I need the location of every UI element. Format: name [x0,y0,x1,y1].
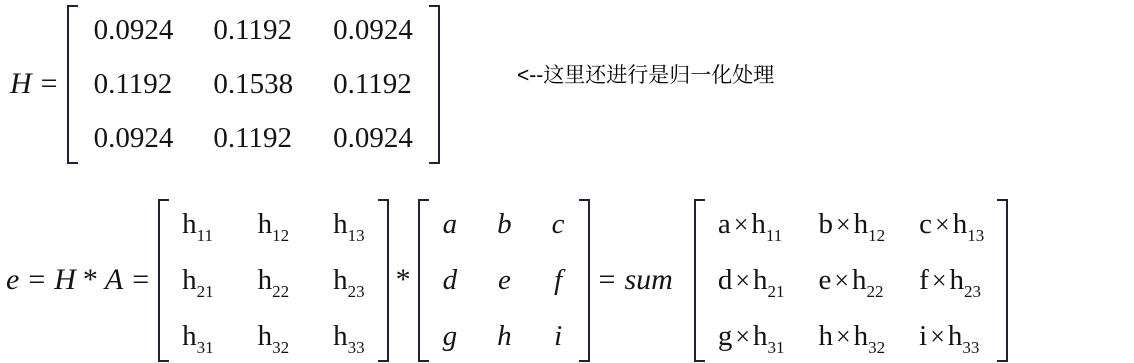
matrix-cell: h31 [182,319,214,354]
matrix-cell: h21 [182,263,214,298]
a-symbol: A [105,265,123,295]
matrix-cell: 0.1192 [213,121,292,156]
right-bracket [997,199,1008,362]
matrix-cell: h23 [333,263,365,298]
matrix-cell: f×h23 [919,263,981,298]
matrix-cell: 0.0924 [94,13,174,48]
matrix-cell: 0.0924 [333,121,413,156]
matrix-cell: e×h22 [818,263,883,298]
matrix-cell: b×h12 [818,207,885,242]
matrix-cell: a×h11 [718,207,782,242]
right-bracket [579,199,590,362]
matrix-cell: 0.0924 [94,121,174,156]
matrix-cell: h [497,319,512,354]
matrix-cell: h12 [258,207,290,242]
matrix-body: h11 h12 h13 h21 h22 h23 h31 h32 h33 [169,199,378,362]
matrix-cell: h33 [333,319,365,354]
equals-sign: = [28,265,45,295]
left-bracket [158,199,169,362]
matrix-cell: 0.1192 [213,13,292,48]
matrix-cell: h32 [258,319,290,354]
matrix-cell: f [554,263,562,298]
matrix-cell: b [497,207,512,242]
h-symbol: H [54,265,76,295]
left-bracket [67,5,78,164]
matrix-cell: i [554,319,562,354]
matrix-cell: 0.1192 [333,67,412,102]
normalization-annotation: <--这里还进行是归一化处理 [517,61,774,90]
asterisk-operator: * [396,265,411,295]
matrix-cell: 0.1538 [213,67,293,102]
matrix-cell: a [443,207,458,242]
equation-convolution-sum: e = H * A = h11 h12 h13 h21 h22 h23 h31 … [6,197,1029,363]
e-symbol: e [6,265,19,295]
equals-sign: = [132,265,149,295]
h-symbol: H [10,69,32,99]
sum-label: sum [624,265,672,295]
matrix-cell: g [443,319,458,354]
matrix-cell: e [498,263,511,298]
equals-sign: = [599,265,616,295]
equation-h-definition: H = 0.0924 0.1192 0.0924 0.1192 0.1538 0… [10,4,440,164]
matrix-cell: g×h31 [718,319,785,354]
matrix-cell: i×h33 [919,319,979,354]
equals-sign: = [41,69,58,99]
left-bracket [694,199,705,362]
left-bracket [418,199,429,362]
right-bracket [429,5,440,164]
math-notes-page: H = 0.0924 0.1192 0.0924 0.1192 0.1538 0… [0,0,1134,363]
matrix-cell: h×h32 [818,319,885,354]
matrix-h-symbolic: h11 h12 h13 h21 h22 h23 h31 h32 h33 [158,199,389,362]
matrix-cell: c×h13 [919,207,984,242]
asterisk-operator: * [83,265,98,295]
matrix-cell: h11 [182,207,213,242]
matrix-h-values: 0.0924 0.1192 0.0924 0.1192 0.1538 0.119… [67,5,440,164]
matrix-cell: c [552,207,565,242]
right-bracket [378,199,389,362]
matrix-body: a×h11 b×h12 c×h13 d×h21 e×h22 f×h23 g×h3… [705,199,997,362]
matrix-cell: 0.1192 [94,67,173,102]
matrix-cell: d [443,263,458,298]
matrix-elementwise-products: a×h11 b×h12 c×h13 d×h21 e×h22 f×h23 g×h3… [694,199,1008,362]
matrix-cell: d×h21 [718,263,785,298]
matrix-cell: h13 [333,207,365,242]
matrix-body: 0.0924 0.1192 0.0924 0.1192 0.1538 0.119… [78,5,429,164]
matrix-body: a b c d e f g h i [429,199,579,362]
matrix-image-block: a b c d e f g h i [418,199,590,362]
matrix-cell: 0.0924 [333,13,413,48]
matrix-cell: h22 [258,263,290,298]
